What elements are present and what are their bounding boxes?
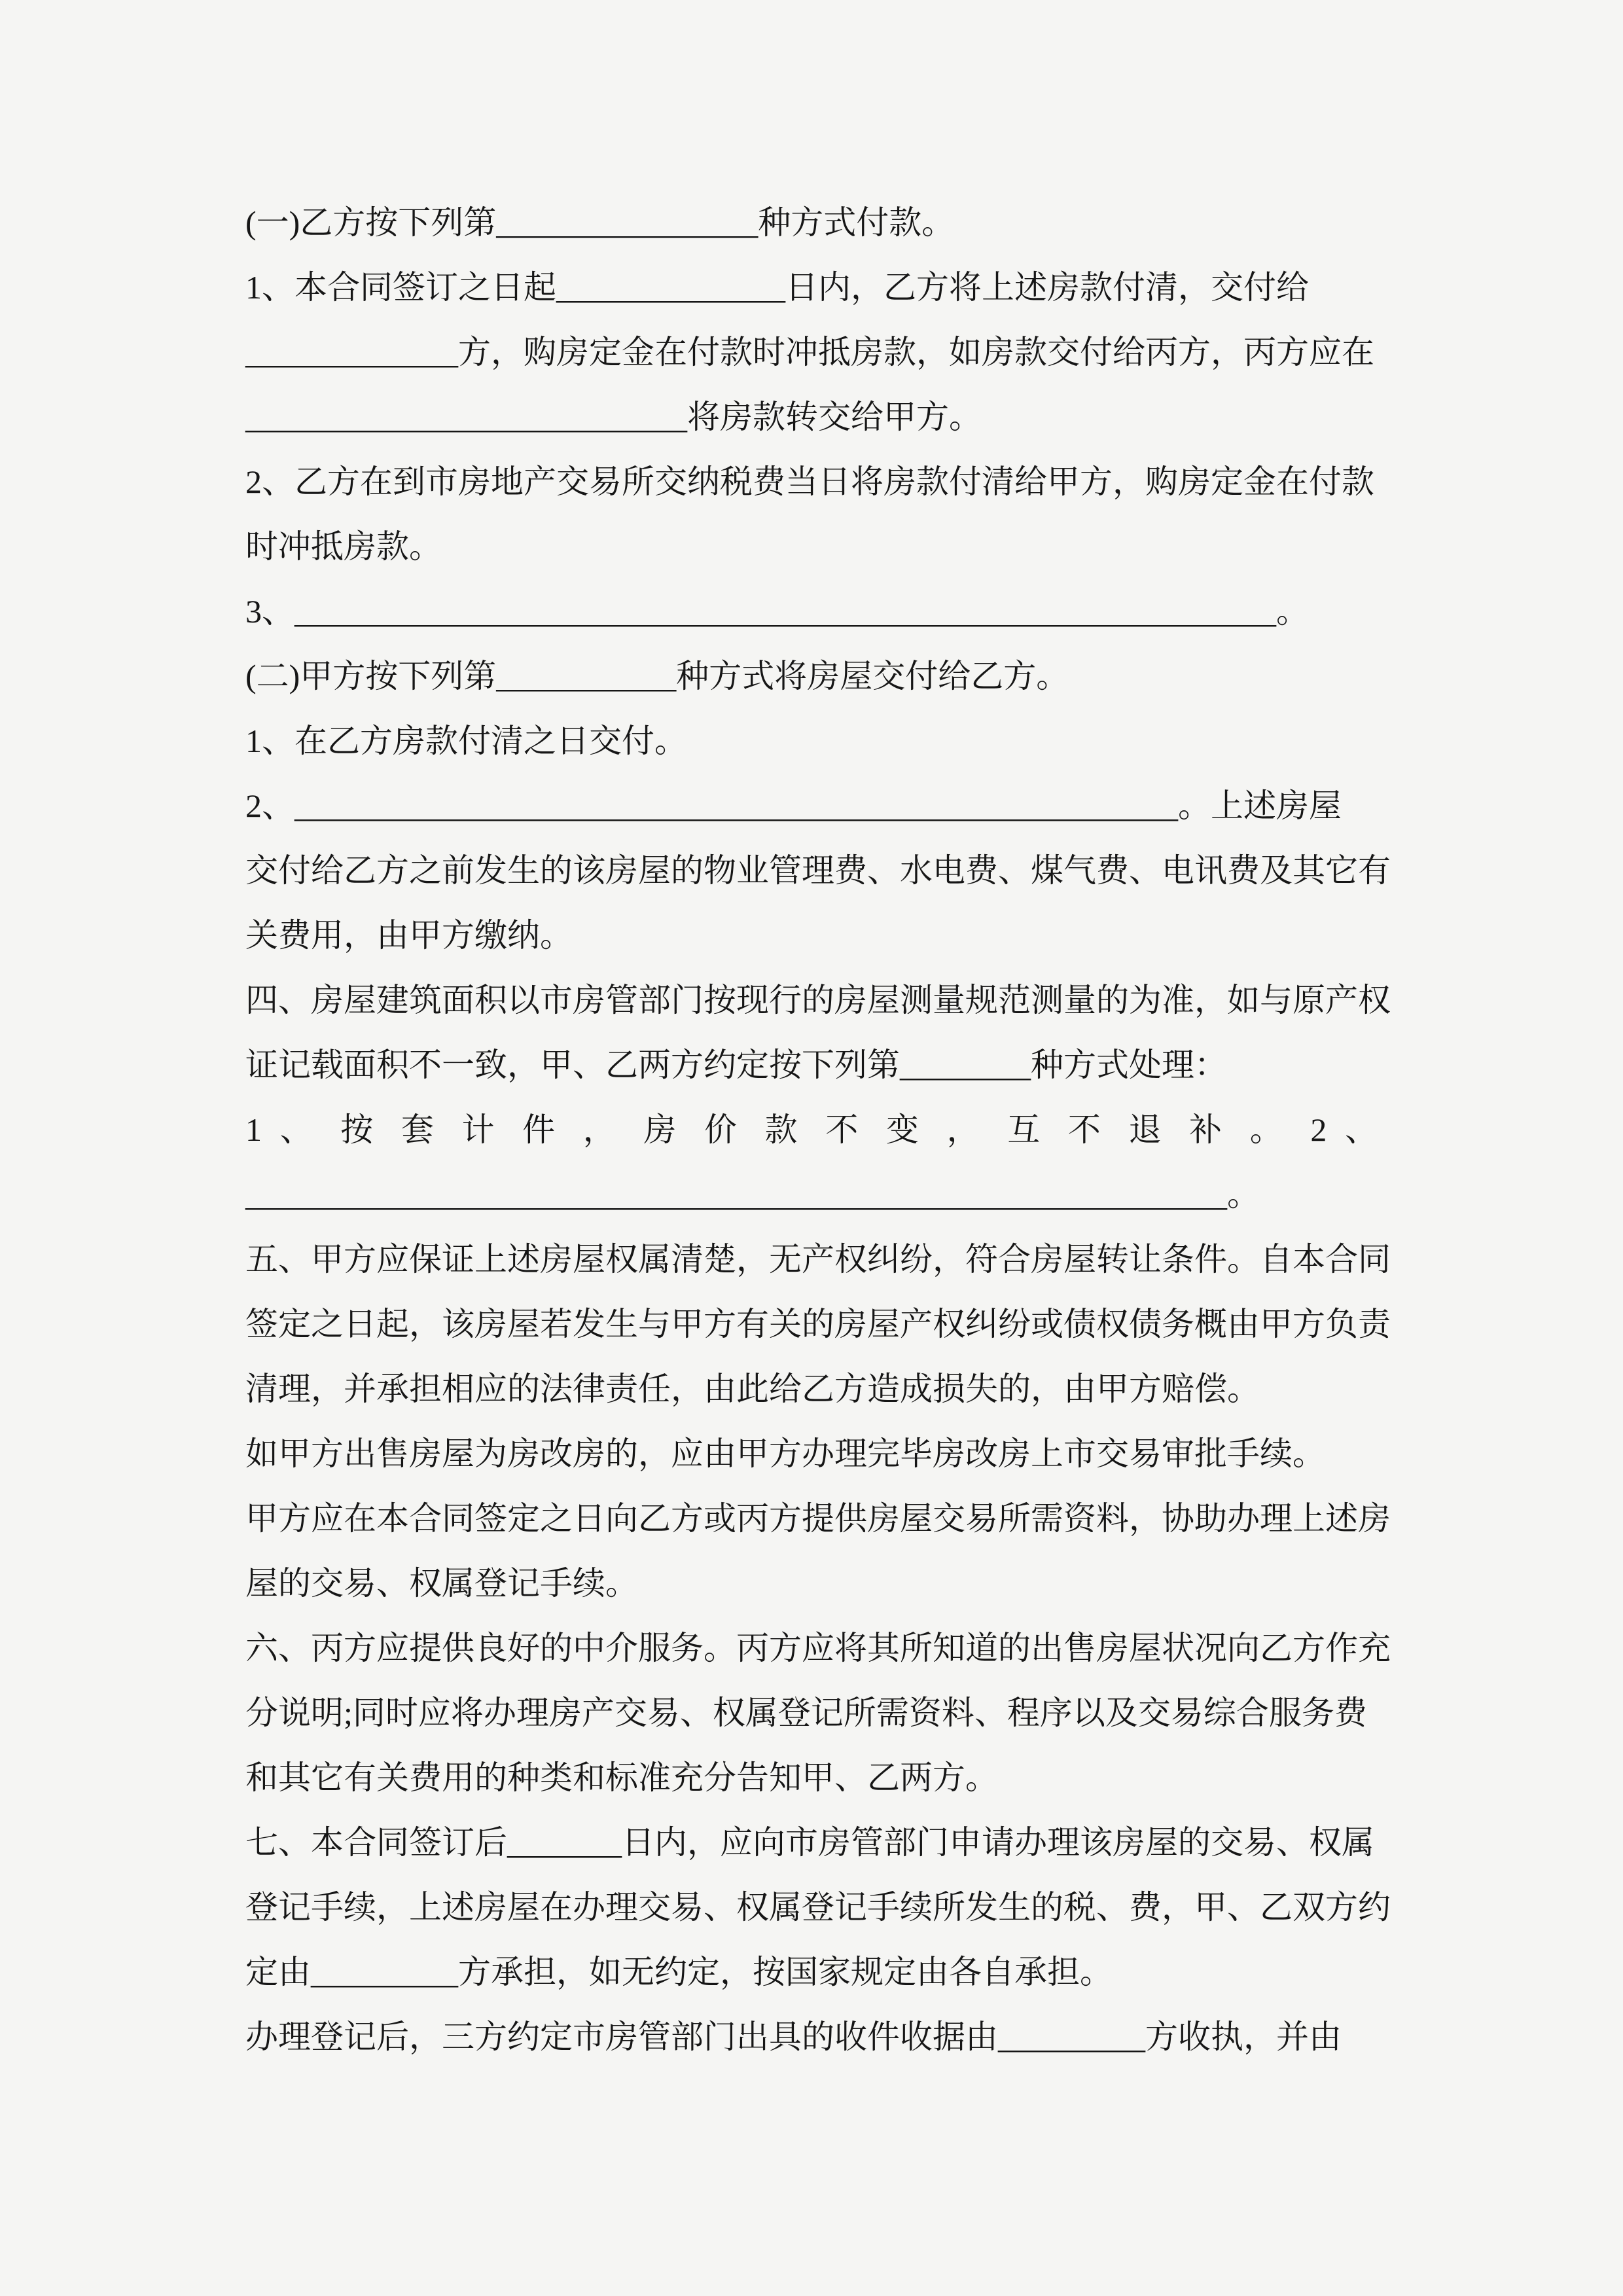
contract-text-block: (一)乙方按下列第________________种方式付款。 1、本合同签订之… [245,190,1378,2070]
document-line: 登记手续，上述房屋在办理交易、权属登记手续所发生的税、费，甲、乙双方约 [245,1875,1378,1940]
document-line: 3、______________________________________… [245,579,1378,644]
document-line: 甲方应在本合同签定之日向乙方或丙方提供房屋交易所需资料，协助办理上述房 [245,1486,1378,1551]
document-line: 签定之日起，该房屋若发生与甲方有关的房屋产权纠纷或债权债务概由甲方负责 [245,1292,1378,1357]
document-line: 2、乙方在到市房地产交易所交纳税费当日将房款付清给甲方，购房定金在付款 [245,450,1378,514]
document-line: 和其它有关费用的种类和标准充分告知甲、乙两方。 [245,1746,1378,1810]
document-line: 屋的交易、权属登记手续。 [245,1551,1378,1616]
document-line: 时冲抵房款。 [245,514,1378,579]
document-line: 关费用，由甲方缴纳。 [245,903,1378,968]
document-line: 1、本合同签订之日起______________日内，乙方将上述房款付清，交付给 [245,255,1378,320]
document-line: 六、丙方应提供良好的中介服务。丙方应将其所知道的出售房屋状况向乙方作充 [245,1616,1378,1681]
document-line: 办理登记后，三方约定市房管部门出具的收件收据由_________方收执，并由 [245,2005,1378,2070]
document-line: 交付给乙方之前发生的该房屋的物业管理费、水电费、煤气费、电讯费及其它有 [245,838,1378,903]
document-line: 2、______________________________________… [245,774,1378,838]
document-line: _____________方，购房定金在付款时冲抵房款，如房款交付给丙方，丙方应… [245,320,1378,385]
document-line: 七、本合同签订后_______日内，应向市房管部门申请办理该房屋的交易、权属 [245,1810,1378,1875]
document-line: 分说明;同时应将办理房产交易、权属登记所需资料、程序以及交易综合服务费 [245,1681,1378,1746]
document-line: 证记载面积不一致，甲、乙两方约定按下列第________种方式处理： [245,1033,1378,1098]
document-line: ________________________________________… [245,1162,1378,1227]
document-line: 四、房屋建筑面积以市房管部门按现行的房屋测量规范测量的为准，如与原产权 [245,968,1378,1033]
document-line: 清理，并承担相应的法律责任，由此给乙方造成损失的，由甲方赔偿。 [245,1357,1378,1422]
document-line: (二)甲方按下列第___________种方式将房屋交付给乙方。 [245,644,1378,709]
document-line: 五、甲方应保证上述房屋权属清楚，无产权纠纷，符合房屋转让条件。自本合同 [245,1227,1378,1292]
document-line: 定由_________方承担，如无约定，按国家规定由各自承担。 [245,1940,1378,2005]
contract-page: (一)乙方按下列第________________种方式付款。 1、本合同签订之… [0,0,1623,2296]
document-line: 1、在乙方房款付清之日交付。 [245,709,1378,774]
document-line-justified: 1 、 按 套 计 件 ， 房 价 款 不 变 ， 互 不 退 补 。 2 、 [245,1098,1378,1162]
document-line: (一)乙方按下列第________________种方式付款。 [245,190,1378,255]
document-line: ___________________________将房款转交给甲方。 [245,385,1378,450]
document-line: 如甲方出售房屋为房改房的，应由甲方办理完毕房改房上市交易审批手续。 [245,1422,1378,1486]
